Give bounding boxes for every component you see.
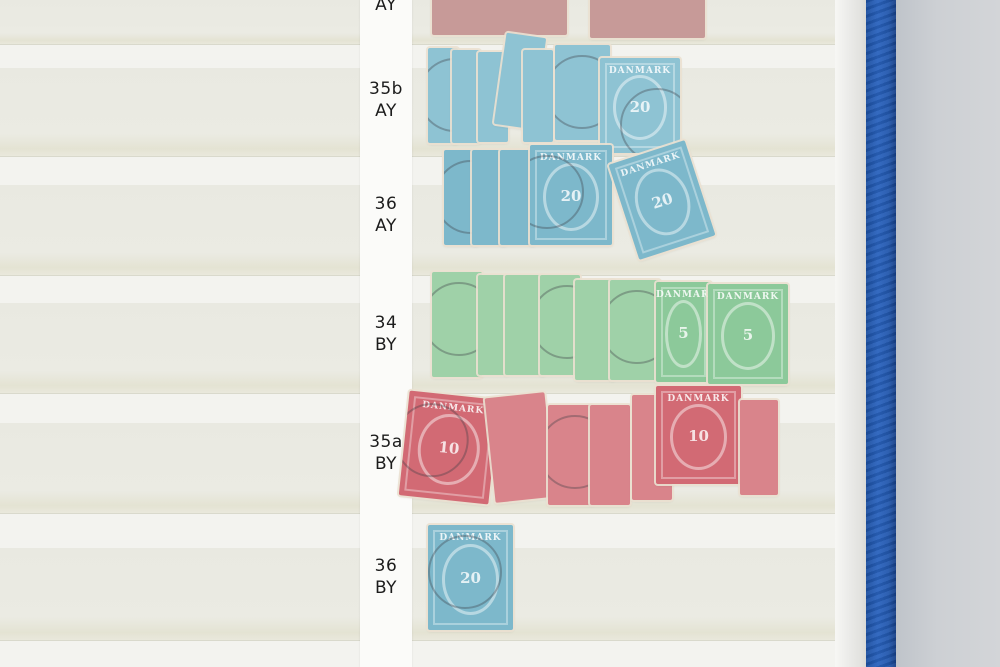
label-text: AY <box>360 100 412 122</box>
label-text: 36 <box>360 193 412 215</box>
stamp-group <box>432 0 567 35</box>
stamp: DANMARK 20 <box>600 58 680 153</box>
stamp <box>740 400 778 495</box>
stamp <box>432 272 482 377</box>
stamp: DANMARK 10 <box>656 386 741 484</box>
background-surface <box>896 0 1000 667</box>
stamp: DANMARK 5 <box>656 282 711 382</box>
stamp <box>505 275 545 375</box>
label-text: AY <box>360 215 412 237</box>
pocket-strip <box>0 548 835 640</box>
album-binding <box>866 0 896 667</box>
stamp <box>575 280 615 380</box>
label-text: BY <box>360 334 412 356</box>
stamp-group <box>590 0 705 38</box>
stamp <box>452 50 480 143</box>
label-text: 34 <box>360 312 412 334</box>
row-label: AY <box>360 0 412 16</box>
label-text: 36 <box>360 555 412 577</box>
stamp: DANMARK 5 <box>708 284 788 384</box>
stamp: DANMARK 10 <box>399 391 499 505</box>
stamp: DANMARK 20 <box>530 145 612 245</box>
stamp <box>485 392 556 503</box>
stamp-denomination: 5 <box>708 326 788 344</box>
row-label: 34 BY <box>360 312 412 356</box>
row-label: 35b AY <box>360 78 412 122</box>
pocket-strip <box>0 68 835 156</box>
stamp: DANMARK 20 <box>428 525 513 630</box>
label-text: AY <box>360 0 412 16</box>
stamp-album-photo: AY 35b AY 36 AY 34 BY 35a BY 36 BY DANMA… <box>0 0 1000 667</box>
stamp-text: DANMARK <box>600 66 680 76</box>
row-label: 36 AY <box>360 193 412 237</box>
stamp <box>610 280 660 380</box>
page-edges <box>835 0 867 667</box>
stamp <box>478 275 508 375</box>
stamp-denomination: 10 <box>656 427 741 445</box>
stamp <box>523 50 553 142</box>
label-text: BY <box>360 577 412 599</box>
pocket-strip <box>0 0 835 44</box>
label-text: 35b <box>360 78 412 100</box>
stamp <box>540 275 580 375</box>
stamp <box>548 405 593 505</box>
stamp-text: DANMARK <box>656 394 741 404</box>
stamp <box>590 405 630 505</box>
stamp-text: DANMARK <box>708 292 788 302</box>
row-label: 36 BY <box>360 555 412 599</box>
stamp-denomination: 5 <box>656 324 711 342</box>
stamp-text: DANMARK <box>656 290 711 300</box>
